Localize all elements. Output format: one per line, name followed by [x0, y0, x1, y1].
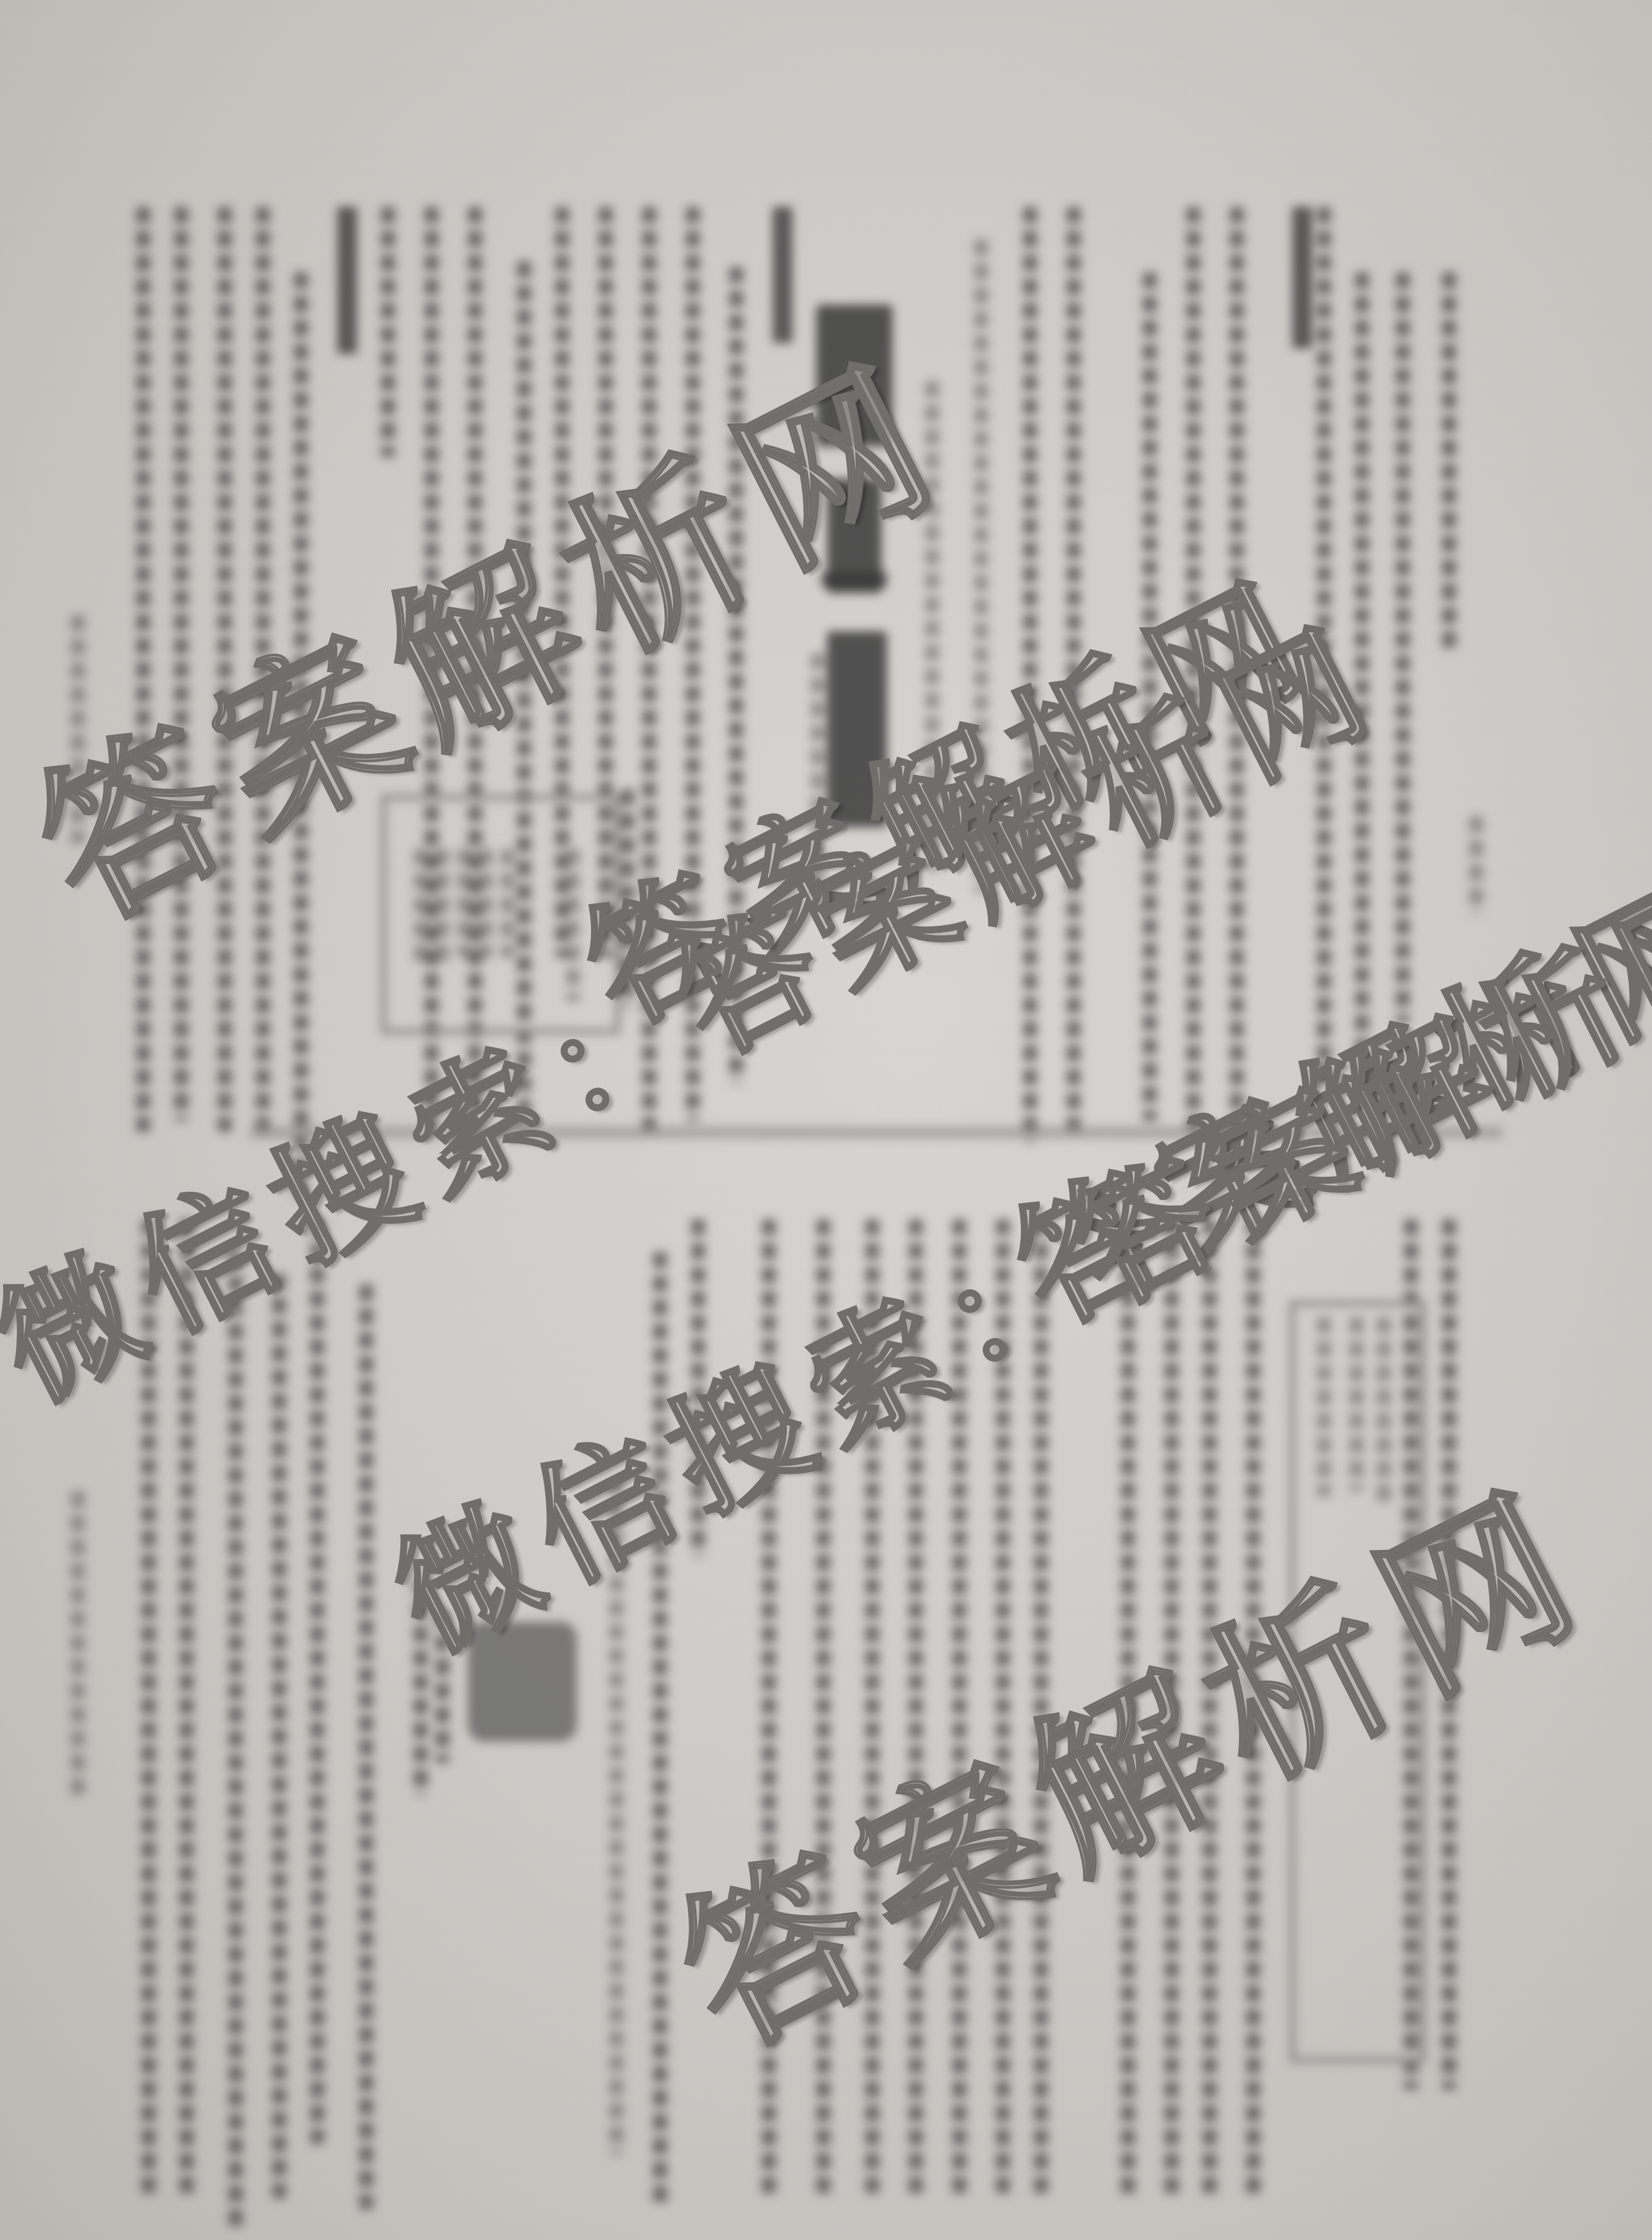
- box-text: [1349, 1317, 1364, 1491]
- table-cells: [414, 849, 428, 969]
- text-column: [1442, 272, 1456, 653]
- table-cells: [501, 849, 515, 958]
- text-column: [359, 1284, 373, 2210]
- table-cells: [479, 849, 493, 958]
- table-cells: [457, 849, 471, 958]
- page-number: [1469, 816, 1483, 914]
- text-column: [229, 1252, 243, 2231]
- table-cells: [435, 849, 449, 969]
- text-column: [272, 1273, 286, 2199]
- section-heading: [337, 207, 357, 354]
- text-column: [310, 1219, 324, 2144]
- box-text: [1317, 1317, 1331, 1497]
- page-footer: [71, 1491, 85, 1796]
- section-heading: [1292, 207, 1312, 348]
- text-column: [1396, 272, 1410, 1023]
- text-column: [381, 207, 395, 457]
- section-heading: [773, 207, 792, 343]
